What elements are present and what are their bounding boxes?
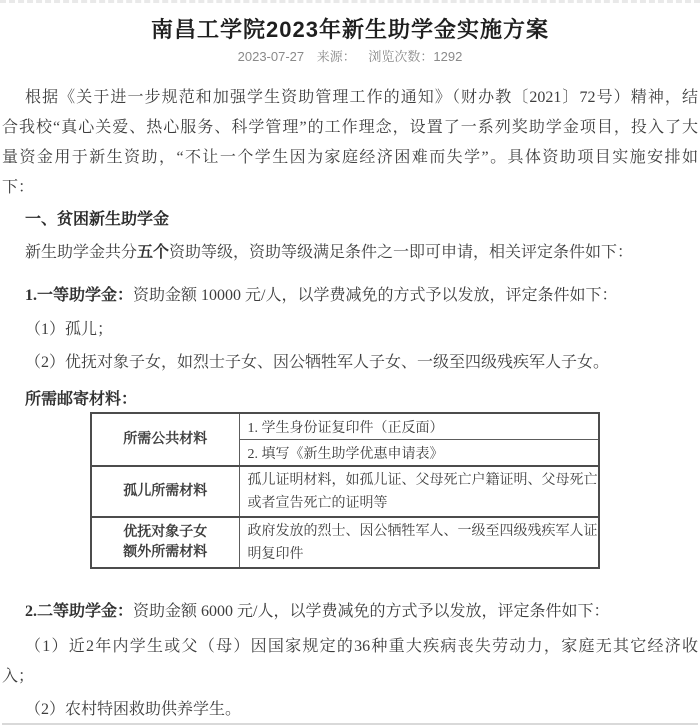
intro-line: 量资金用于新生资助，“不让一个学生因为家庭经济困难而失学”。具体资助项目实施安排…	[2, 143, 698, 173]
section-1-intro-suffix: 资助等级，资助等级满足条件之一即可申请，相关评定条件如下：	[169, 244, 633, 261]
table-label-veteran-family-materials: 优抚对象子女 额外所需材料	[91, 517, 239, 568]
article-page: 南昌工学院2023年新生助学金实施方案 2023-07-27 来源： 浏览次数：…	[0, 0, 700, 725]
grade-1-item: 1.一等助学金：资助金额 10000 元/人，以学费减免的方式予以发放，评定条件…	[2, 281, 698, 311]
condition-line: 入；	[2, 662, 698, 692]
section-1-heading: 一、贫困新生助学金	[2, 205, 698, 235]
table-cell-line: 孤儿证明材料，如孤儿证、父母死亡户籍证明、父母死亡	[248, 469, 591, 492]
grade-1-label: 1.一等助学金：	[25, 287, 133, 304]
publish-date: 2023-07-27	[238, 49, 305, 64]
views-label: 浏览次数：	[368, 49, 433, 64]
materials-table: 所需公共材料 1. 学生身份证复印件（正反面） 2. 填写《新生助学优惠申请表》…	[90, 412, 600, 569]
table-cell: 1. 学生身份证复印件（正反面）	[239, 413, 599, 440]
grade-2-condition-2: （2）农村特困救助供养学生。	[2, 700, 698, 720]
table-label-line: 优抚对象子女	[94, 523, 237, 543]
intro-paragraph: 根据《关于进一步规范和加强学生资助管理工作的通知》（财办教〔2021〕72号）精…	[2, 83, 698, 203]
table-label-common-materials: 所需公共材料	[91, 413, 239, 466]
section-1-intro: 新生助学金共分五个资助等级，资助等级满足条件之一即可申请，相关评定条件如下：	[2, 238, 698, 268]
table-cell-line: 政府发放的烈士、因公牺牲军人、一级至四级残疾军人证	[248, 520, 591, 543]
grade-2-item: 2.二等助学金：资助金额 6000 元/人，以学费减免的方式予以发放，评定条件如…	[2, 597, 698, 627]
table-cell: 孤儿证明材料，如孤儿证、父母死亡户籍证明、父母死亡 或者宣告死亡的证明等	[239, 466, 599, 517]
source-label: 来源：	[317, 49, 356, 64]
section-1-intro-prefix: 新生助学金共分	[25, 244, 137, 261]
table-row: 优抚对象子女 额外所需材料 政府发放的烈士、因公牺牲军人、一级至四级残疾军人证 …	[91, 517, 599, 568]
section-1-intro-bold: 五个	[137, 244, 169, 261]
intro-line: 根据《关于进一步规范和加强学生资助管理工作的通知》（财办教〔2021〕72号）精…	[2, 83, 698, 113]
grade-2-label: 2.二等助学金：	[25, 603, 133, 620]
article-meta: 2023-07-27 来源： 浏览次数：1292	[2, 48, 698, 65]
table-cell-line: 或者宣告死亡的证明等	[248, 492, 591, 515]
grade-1-condition-1: （1）孤儿；	[2, 315, 698, 345]
grade-1-text: 资助金额 10000 元/人，以学费减免的方式予以发放，评定条件如下：	[133, 287, 617, 304]
intro-line: 下：	[2, 173, 698, 203]
table-label-line: 额外所需材料	[94, 543, 237, 563]
page-title: 南昌工学院2023年新生助学金实施方案	[2, 16, 698, 44]
table-cell-line: 明复印件	[248, 543, 591, 566]
grade-1-condition-2: （2）优抚对象子女，如烈士子女、因公牺牲军人子女、一级至四级残疾军人子女。	[2, 348, 698, 378]
table-row: 孤儿所需材料 孤儿证明材料，如孤儿证、父母死亡户籍证明、父母死亡 或者宣告死亡的…	[91, 466, 599, 517]
grade-2-text: 资助金额 6000 元/人，以学费减免的方式予以发放，评定条件如下：	[133, 603, 609, 620]
table-label-orphan-materials: 孤儿所需材料	[91, 466, 239, 517]
views-count: 1292	[433, 49, 462, 64]
intro-line: 合我校“真心关爱、热心服务、科学管理”的工作理念，设置了一系列奖助学金项目，投入…	[2, 113, 698, 143]
grade-2-condition-1: （1）近2年内学生或父（母）因国家规定的36种重大疾病丧失劳动力，家庭无其它经济…	[2, 632, 698, 692]
materials-heading: 所需邮寄材料：	[2, 388, 698, 412]
table-row: 所需公共材料 1. 学生身份证复印件（正反面）	[91, 413, 599, 440]
condition-line: （1）近2年内学生或父（母）因国家规定的36种重大疾病丧失劳动力，家庭无其它经济…	[2, 632, 698, 662]
table-cell: 2. 填写《新生助学优惠申请表》	[239, 440, 599, 467]
table-cell: 政府发放的烈士、因公牺牲军人、一级至四级残疾军人证 明复印件	[239, 517, 599, 568]
